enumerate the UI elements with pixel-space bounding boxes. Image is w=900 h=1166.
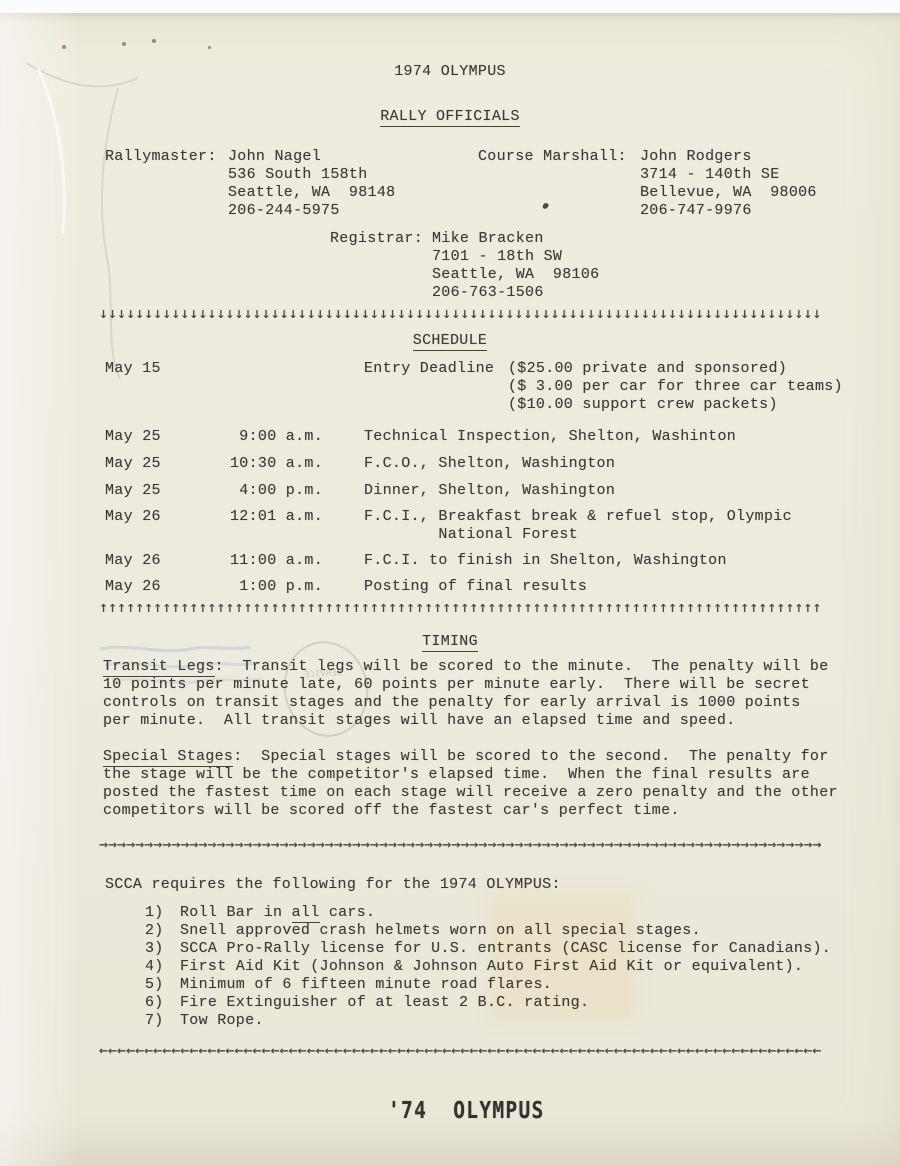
- scanned-document-page: { "colors": { "paper": "#edeade", "ink":…: [0, 0, 900, 1166]
- registrar-line: Mike Bracken: [432, 230, 544, 248]
- transit-legs-paragraph: Transit Legs: Transit legs will be score…: [103, 658, 829, 730]
- schedule-date: May 26: [105, 578, 161, 596]
- schedule-time: 10:30 a.m.: [230, 455, 323, 473]
- divider-up-arrows: ↑↑↑↑↑↑↑↑↑↑↑↑↑↑↑↑↑↑↑↑↑↑↑↑↑↑↑↑↑↑↑↑↑↑↑↑↑↑↑↑…: [99, 598, 827, 616]
- rallymaster-line: 206-244-5975: [228, 202, 340, 220]
- requirement-number: 5): [145, 976, 164, 994]
- schedule-time: 1:00 p.m.: [230, 578, 323, 596]
- schedule-desc: Technical Inspection, Shelton, Washinton: [364, 428, 736, 446]
- schedule-desc: F.C.I., Breakfast break & refuel stop, O…: [364, 508, 792, 544]
- requirement-number: 4): [145, 958, 164, 976]
- timing-heading: TIMING: [0, 633, 900, 651]
- requirement-item: Fire Extinguisher of at least 2 B.C. rat…: [180, 994, 589, 1012]
- special-stages-label: Special Stages: [103, 748, 233, 767]
- footer-stamp: '74 OLYMPUS: [388, 1099, 545, 1123]
- requirement-item: Roll Bar in all cars.: [180, 904, 375, 922]
- schedule-desc: Entry Deadline: [364, 360, 494, 378]
- requirements-intro: SCCA requires the following for the 1974…: [105, 876, 561, 894]
- requirement-number: 1): [145, 904, 164, 922]
- rally-officials-heading: RALLY OFFICIALS: [0, 108, 900, 126]
- registrar-line: 7101 - 18th SW: [432, 248, 562, 266]
- transit-legs-label: Transit Legs: [103, 658, 215, 677]
- requirement-item: Minimum of 6 fifteen minute road flares.: [180, 976, 552, 994]
- schedule-desc: Posting of final results: [364, 578, 587, 596]
- schedule-desc: F.C.O., Shelton, Washington: [364, 455, 615, 473]
- schedule-date: May 26: [105, 508, 161, 526]
- stain-dot: [152, 39, 156, 43]
- rallymaster-line: Seattle, WA 98148: [228, 184, 395, 202]
- schedule-date: May 25: [105, 482, 161, 500]
- schedule-fees: ($25.00 private and sponsored) ($ 3.00 p…: [508, 360, 843, 414]
- schedule-heading: SCHEDULE: [0, 332, 900, 350]
- rallymaster-line: John Nagel: [228, 148, 321, 166]
- divider-right-arrows: →→→→→→→→→→→→→→→→→→→→→→→→→→→→→→→→→→→→→→→→…: [99, 835, 827, 853]
- stray-ink-mark: [542, 202, 550, 210]
- paper-sheet: SERVICE 1974 OLYMPUS RALLY OFFICIALS Ral…: [0, 13, 900, 1166]
- requirement-item: Snell approved crash helmets worn on all…: [180, 922, 701, 940]
- course-marshall-line: 3714 - 140th SE: [640, 166, 780, 184]
- rallymaster-label: Rallymaster:: [105, 148, 217, 166]
- schedule-time: 12:01 a.m.: [230, 508, 323, 526]
- stain-dot: [208, 46, 211, 49]
- course-marshall-line: Bellevue, WA 98006: [640, 184, 817, 202]
- requirement-number: 7): [145, 1012, 164, 1030]
- requirement-item: First Aid Kit (Johnson & Johnson Auto Fi…: [180, 958, 803, 976]
- divider-left-arrows: ←←←←←←←←←←←←←←←←←←←←←←←←←←←←←←←←←←←←←←←←…: [99, 1041, 827, 1059]
- special-stages-paragraph: Special Stages: Special stages will be s…: [103, 748, 838, 820]
- schedule-desc: F.C.I. to finish in Shelton, Washington: [364, 552, 727, 570]
- schedule-time: 11:00 a.m.: [230, 552, 323, 570]
- registrar-line: Seattle, WA 98106: [432, 266, 599, 284]
- course-marshall-label: Course Marshall:: [478, 148, 627, 166]
- registrar-label: Registrar:: [330, 230, 423, 248]
- requirement-number: 3): [145, 940, 164, 958]
- course-marshall-line: John Rodgers: [640, 148, 752, 166]
- schedule-time: 9:00 a.m.: [230, 428, 323, 446]
- schedule-date: May 26: [105, 552, 161, 570]
- schedule-date: May 25: [105, 428, 161, 446]
- divider-down-arrows: ↓↓↓↓↓↓↓↓↓↓↓↓↓↓↓↓↓↓↓↓↓↓↓↓↓↓↓↓↓↓↓↓↓↓↓↓↓↓↓↓…: [99, 304, 827, 322]
- rallymaster-line: 536 South 158th: [228, 166, 368, 184]
- requirement-item: SCCA Pro-Rally license for U.S. entrants…: [180, 940, 831, 958]
- stain-dot: [62, 45, 66, 49]
- schedule-date: May 15: [105, 360, 161, 378]
- stain-dot: [122, 42, 126, 46]
- schedule-time: 4:00 p.m.: [230, 482, 323, 500]
- course-marshall-line: 206-747-9976: [640, 202, 752, 220]
- schedule-desc: Dinner, Shelton, Washington: [364, 482, 615, 500]
- requirement-number: 2): [145, 922, 164, 940]
- page-title: 1974 OLYMPUS: [0, 63, 900, 81]
- registrar-line: 206-763-1506: [432, 284, 544, 302]
- schedule-date: May 25: [105, 455, 161, 473]
- requirement-number: 6): [145, 994, 164, 1012]
- requirement-item: Tow Rope.: [180, 1012, 264, 1030]
